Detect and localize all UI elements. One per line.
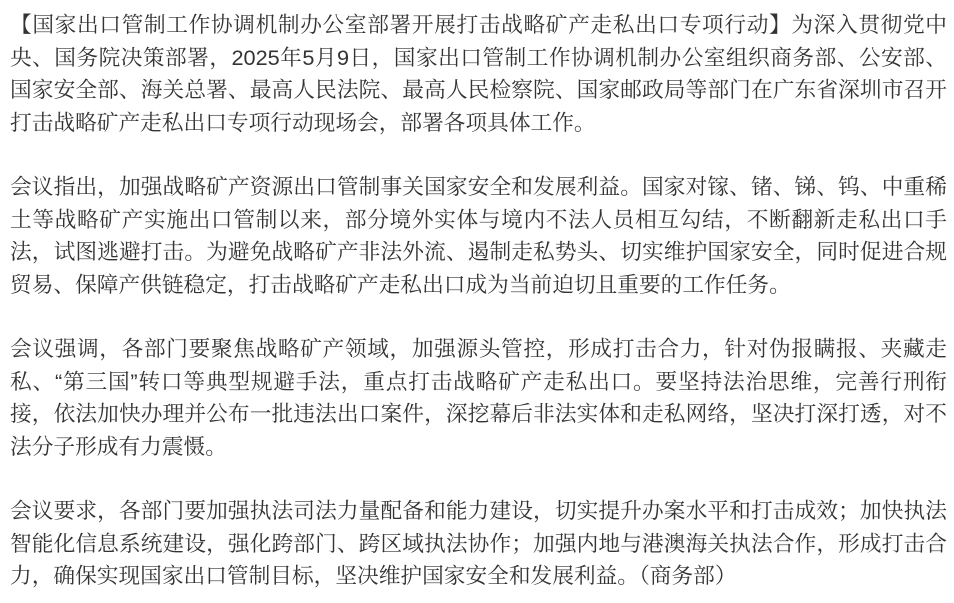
article-paragraph-1: 【国家出口管制工作协调机制办公室部署开展打击战略矿产走私出口专项行动】为深入贯彻…: [10, 9, 947, 139]
article-paragraph-2: 会议指出，加强战略矿产资源出口管制事关国家安全和发展利益。国家对镓、锗、锑、钨、…: [10, 171, 947, 301]
article-paragraph-3: 会议强调，各部门要聚焦战略矿产领域，加强源头管控，形成打击合力，针对伪报瞒报、夹…: [10, 333, 947, 463]
article-body: 【国家出口管制工作协调机制办公室部署开展打击战略矿产走私出口专项行动】为深入贯彻…: [0, 0, 954, 603]
article-page: 【国家出口管制工作协调机制办公室部署开展打击战略矿产走私出口专项行动】为深入贯彻…: [0, 0, 954, 603]
article-paragraph-4: 会议要求，各部门要加强执法司法力量配备和能力建设，切实提升办案水平和打击成效；加…: [10, 495, 947, 593]
